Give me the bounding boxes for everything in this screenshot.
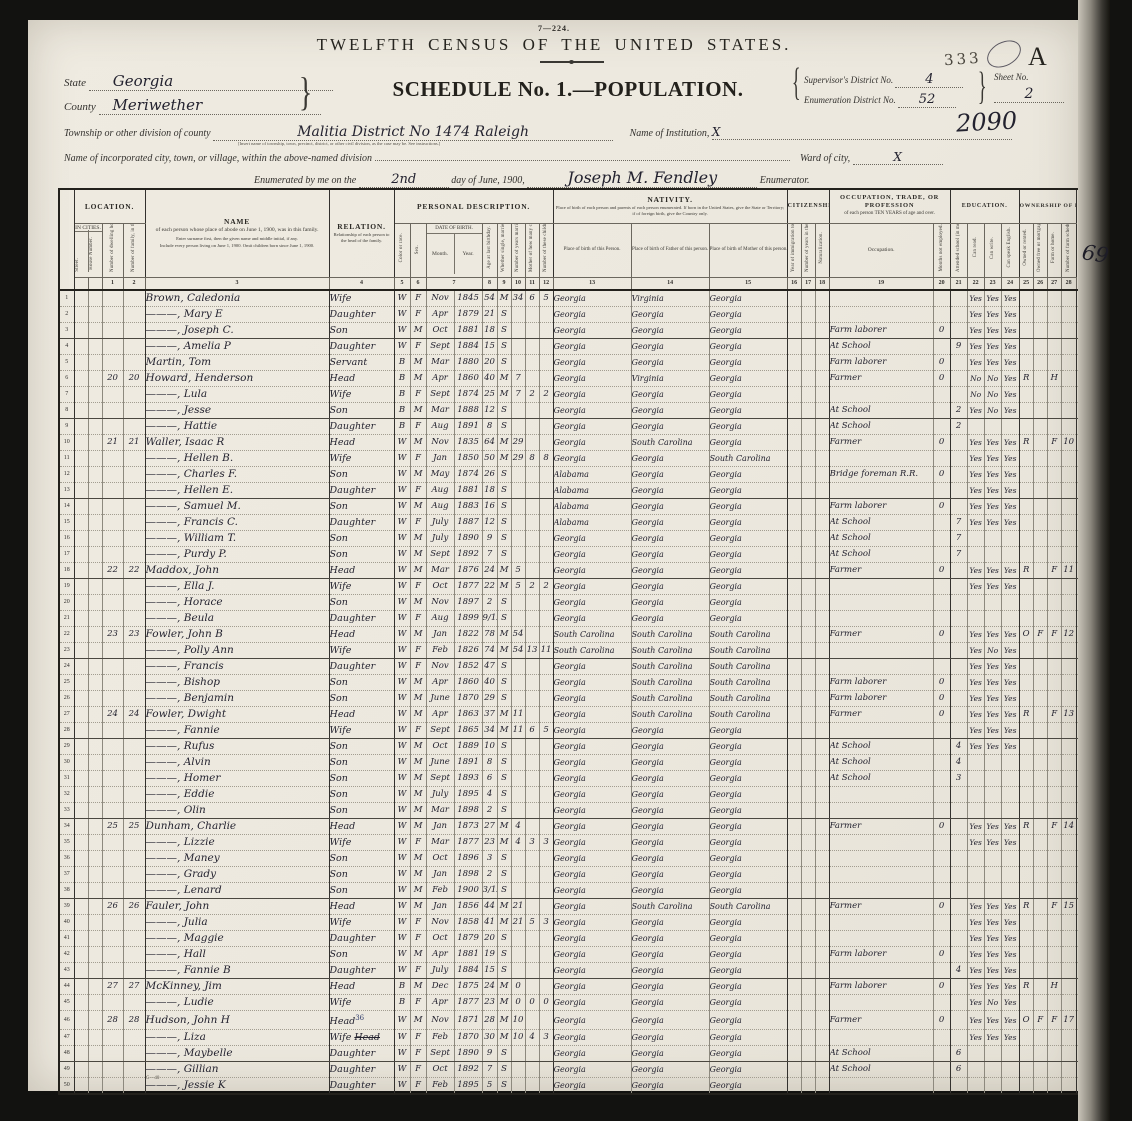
age: 3	[482, 851, 497, 867]
months-not-employed	[933, 1062, 950, 1078]
birthplace: Georgia	[553, 451, 631, 467]
birth-month: Sept	[426, 339, 454, 355]
person-name: McKinney, Jim	[145, 979, 329, 995]
attended-school	[950, 707, 967, 723]
attended-school	[950, 787, 967, 803]
years-in-us	[801, 1046, 815, 1062]
relation: Daughter	[329, 419, 394, 435]
mother-of-children: 2	[525, 387, 539, 403]
mother-of-children	[525, 483, 539, 499]
occupation	[829, 1078, 933, 1095]
mother-birthplace: Georgia	[709, 339, 787, 355]
relation: Daughter	[329, 931, 394, 947]
marital-status: S	[497, 739, 511, 755]
sex: F	[410, 307, 426, 323]
mother-of-children: 5	[525, 915, 539, 931]
can-write	[984, 1078, 1001, 1095]
home-owned-rented	[1019, 675, 1033, 691]
home-owned-rented: R	[1019, 819, 1033, 835]
birth-year: 1896	[454, 851, 482, 867]
line-number-left: 29	[59, 739, 74, 755]
birth-month: Aug	[426, 483, 454, 499]
can-read	[967, 1062, 984, 1078]
age: 22	[482, 579, 497, 595]
marital-status: S	[497, 771, 511, 787]
birth-year: 1874	[454, 467, 482, 483]
farm-or-home	[1047, 787, 1061, 803]
farm-or-home: H	[1047, 979, 1061, 995]
marital-status: M	[497, 995, 511, 1011]
can-speak-english: Yes	[1001, 931, 1019, 947]
birthplace: Alabama	[553, 499, 631, 515]
col-children-living: Number of these children living.	[539, 223, 553, 277]
house-number-cell	[88, 323, 102, 339]
line-number-left: 7	[59, 387, 74, 403]
table-row: 11———, Hellen B.WifeWFJan185050M2988Geor…	[59, 451, 1091, 467]
years-married	[511, 595, 525, 611]
family-number	[123, 451, 145, 467]
birth-month: Oct	[426, 579, 454, 595]
naturalization	[815, 931, 829, 947]
line-number-left: 37	[59, 867, 74, 883]
can-speak-english: Yes	[1001, 307, 1019, 323]
birth-year: 1871	[454, 1011, 482, 1030]
years-married	[511, 547, 525, 563]
birth-year: 1870	[454, 691, 482, 707]
age: 10	[482, 739, 497, 755]
naturalization	[815, 659, 829, 675]
home-owned-rented	[1019, 339, 1033, 355]
years-in-us	[801, 483, 815, 499]
occupation: Farmer	[829, 371, 933, 387]
attended-school	[950, 995, 967, 1011]
immigration-year	[787, 435, 801, 451]
column-number: 8	[482, 277, 497, 290]
marital-status: S	[497, 659, 511, 675]
can-read: Yes	[967, 515, 984, 531]
home-free-mortgaged	[1033, 1046, 1047, 1062]
can-write: Yes	[984, 499, 1001, 515]
immigration-year	[787, 771, 801, 787]
farm-or-home	[1047, 835, 1061, 851]
home-free-mortgaged	[1033, 419, 1047, 435]
color-race: W	[394, 611, 410, 627]
color-race: B	[394, 995, 410, 1011]
family-number	[123, 963, 145, 979]
marital-status: M	[497, 979, 511, 995]
street-cell	[74, 371, 88, 387]
relation: Son	[329, 595, 394, 611]
immigration-year	[787, 563, 801, 579]
mother-of-children	[525, 1011, 539, 1030]
line-number-left: 6	[59, 371, 74, 387]
years-in-us	[801, 515, 815, 531]
occupation: At School	[829, 515, 933, 531]
can-speak-english	[1001, 419, 1019, 435]
marital-status: S	[497, 531, 511, 547]
birthplace: Georgia	[553, 899, 631, 915]
name-desc-1: of each person whose place of abode on J…	[146, 226, 329, 235]
relation: Wife	[329, 387, 394, 403]
line-number-left: 41	[59, 931, 74, 947]
sex: M	[410, 323, 426, 339]
state-value: Georgia	[113, 72, 173, 90]
naturalization	[815, 691, 829, 707]
children-living	[539, 435, 553, 451]
mother-birthplace: Georgia	[709, 1062, 787, 1078]
immigration-year	[787, 627, 801, 643]
can-read	[967, 419, 984, 435]
mother-birthplace: Georgia	[709, 531, 787, 547]
home-free-mortgaged	[1033, 547, 1047, 563]
father-birthplace: Georgia	[631, 867, 709, 883]
col-years-in-us: Number of years in the United States.	[801, 223, 815, 277]
mother-birthplace: Georgia	[709, 387, 787, 403]
column-number: 15	[709, 277, 787, 290]
occupation: At School	[829, 1062, 933, 1078]
county-line: County Meriwether	[64, 96, 321, 115]
color-race: W	[394, 835, 410, 851]
marital-status: M	[497, 371, 511, 387]
col-farm-home: Farm or home.	[1047, 223, 1061, 277]
group-occupation: OCCUPATION, TRADE, OR PROFESSION of each…	[829, 189, 950, 223]
home-free-mortgaged	[1033, 1078, 1047, 1095]
can-speak-english	[1001, 867, 1019, 883]
col-months-not-employed: Months not employed.	[933, 223, 950, 277]
occupation: At School	[829, 531, 933, 547]
can-write: Yes	[984, 979, 1001, 995]
farm-or-home	[1047, 1046, 1061, 1062]
birth-year: 1877	[454, 579, 482, 595]
birth-year: 1858	[454, 915, 482, 931]
relation: Head	[329, 819, 394, 835]
children-living: 2	[539, 387, 553, 403]
children-living	[539, 323, 553, 339]
table-row: 14———, Samuel M.SonWMAug188316SAlabamaGe…	[59, 499, 1091, 515]
person-name: ———, Ludie	[145, 995, 329, 1011]
can-speak-english	[1001, 1078, 1019, 1095]
age: 21	[482, 307, 497, 323]
years-in-us	[801, 787, 815, 803]
years-married	[511, 611, 525, 627]
can-write	[984, 755, 1001, 771]
home-owned-rented: R	[1019, 563, 1033, 579]
years-in-us	[801, 579, 815, 595]
color-race: W	[394, 771, 410, 787]
age: 25	[482, 387, 497, 403]
birthplace: Georgia	[553, 803, 631, 819]
birthplace: Georgia	[553, 771, 631, 787]
marital-status: M	[497, 579, 511, 595]
attended-school	[950, 931, 967, 947]
birth-year: 1877	[454, 995, 482, 1011]
mother-birthplace: South Carolina	[709, 707, 787, 723]
sheet-letter: A	[1028, 42, 1047, 72]
dwelling-number	[102, 290, 123, 307]
children-living	[539, 563, 553, 579]
years-in-us	[801, 627, 815, 643]
farm-or-home	[1047, 851, 1061, 867]
home-free-mortgaged	[1033, 531, 1047, 547]
can-speak-english: Yes	[1001, 643, 1019, 659]
immigration-year	[787, 1011, 801, 1030]
relation: Servant	[329, 355, 394, 371]
person-name: ———, Mary E	[145, 307, 329, 323]
person-name: ———, Jessie K	[145, 1078, 329, 1095]
family-number	[123, 515, 145, 531]
birth-month: Mar	[426, 563, 454, 579]
house-number-cell	[88, 290, 102, 307]
mother-of-children	[525, 403, 539, 419]
children-living	[539, 371, 553, 387]
can-read: Yes	[967, 931, 984, 947]
home-owned-rented	[1019, 419, 1033, 435]
col-birth-month: Month.	[427, 251, 454, 257]
birth-month: Feb	[426, 883, 454, 899]
street-cell	[74, 499, 88, 515]
occupation: Farmer	[829, 563, 933, 579]
farm-or-home	[1047, 451, 1061, 467]
months-not-employed: 0	[933, 499, 950, 515]
birth-year: 1881	[454, 483, 482, 499]
immigration-year	[787, 899, 801, 915]
can-read: Yes	[967, 563, 984, 579]
can-speak-english	[1001, 883, 1019, 899]
children-living	[539, 675, 553, 691]
line-number-left: 4	[59, 339, 74, 355]
mother-of-children	[525, 787, 539, 803]
children-living: 5	[539, 723, 553, 739]
person-name: ———, Eddie	[145, 787, 329, 803]
street-cell	[74, 675, 88, 691]
immigration-year	[787, 323, 801, 339]
attended-school: 4	[950, 739, 967, 755]
home-owned-rented	[1019, 851, 1033, 867]
farm-schedule-number	[1061, 787, 1076, 803]
house-number-cell	[88, 419, 102, 435]
naturalization	[815, 307, 829, 323]
naturalization	[815, 515, 829, 531]
years-in-us	[801, 355, 815, 371]
can-write: Yes	[984, 1011, 1001, 1030]
marital-status: S	[497, 419, 511, 435]
dwelling-number	[102, 451, 123, 467]
age: 8	[482, 755, 497, 771]
can-speak-english: Yes	[1001, 627, 1019, 643]
line-number-left: 38	[59, 883, 74, 899]
attended-school	[950, 355, 967, 371]
relation: Daughter	[329, 963, 394, 979]
children-living: 11	[539, 643, 553, 659]
years-in-us	[801, 531, 815, 547]
mother-of-children: 8	[525, 451, 539, 467]
mother-of-children	[525, 499, 539, 515]
age: 2	[482, 867, 497, 883]
can-read: Yes	[967, 675, 984, 691]
dwelling-number	[102, 755, 123, 771]
mother-of-children: 0	[525, 995, 539, 1011]
birth-year: 1895	[454, 1078, 482, 1095]
color-race: W	[394, 339, 410, 355]
months-not-employed: 0	[933, 323, 950, 339]
naturalization	[815, 323, 829, 339]
can-speak-english	[1001, 851, 1019, 867]
birth-year: 1883	[454, 499, 482, 515]
birthplace: Georgia	[553, 339, 631, 355]
group-name: NAME of each person whose place of abode…	[145, 189, 329, 277]
age: 24	[482, 563, 497, 579]
birthplace: Georgia	[553, 739, 631, 755]
marital-status: S	[497, 547, 511, 563]
immigration-year	[787, 947, 801, 963]
mother-of-children: 6	[525, 723, 539, 739]
relation: Wife	[329, 643, 394, 659]
can-read	[967, 867, 984, 883]
house-number-cell	[88, 1046, 102, 1062]
column-number: 4	[329, 277, 394, 290]
children-living	[539, 547, 553, 563]
color-race: W	[394, 1046, 410, 1062]
table-row: 36———, ManeySonWMOct18963SGeorgiaGeorgia…	[59, 851, 1091, 867]
can-read: Yes	[967, 979, 984, 995]
person-name: ———, Amelia P	[145, 339, 329, 355]
farm-schedule-number	[1061, 883, 1076, 899]
mother-birthplace: Georgia	[709, 867, 787, 883]
birth-year: 1835	[454, 435, 482, 451]
years-married	[511, 883, 525, 899]
age: 30	[482, 1030, 497, 1046]
relation: Son	[329, 323, 394, 339]
farm-schedule-number: 15	[1061, 899, 1076, 915]
can-speak-english	[1001, 1062, 1019, 1078]
dwelling-number	[102, 339, 123, 355]
years-in-us	[801, 659, 815, 675]
children-living	[539, 979, 553, 995]
sex: F	[410, 643, 426, 659]
color-race: W	[394, 675, 410, 691]
immigration-year	[787, 515, 801, 531]
sex: M	[410, 499, 426, 515]
birth-month: Nov	[426, 659, 454, 675]
person-name: Fowler, Dwight	[145, 707, 329, 723]
age: 37	[482, 707, 497, 723]
sex: F	[410, 1046, 426, 1062]
line-number-left: 47	[59, 1030, 74, 1046]
line-number-left: 18	[59, 563, 74, 579]
naturalization	[815, 851, 829, 867]
person-name: ———, Jesse	[145, 403, 329, 419]
sex: F	[410, 659, 426, 675]
months-not-employed: 0	[933, 563, 950, 579]
occupation: Farm laborer	[829, 355, 933, 371]
months-not-employed	[933, 1078, 950, 1095]
color-race: W	[394, 531, 410, 547]
can-speak-english: Yes	[1001, 675, 1019, 691]
color-race: W	[394, 1062, 410, 1078]
mother-of-children: 2	[525, 579, 539, 595]
farm-or-home: F	[1047, 819, 1061, 835]
table-row: 182222Maddox, JohnHeadWMMar187624M5Georg…	[59, 563, 1091, 579]
group-nativity: NATIVITY. Place of birth of each person …	[553, 189, 787, 223]
can-speak-english: Yes	[1001, 915, 1019, 931]
family-number	[123, 499, 145, 515]
farm-schedule-number	[1061, 451, 1076, 467]
farm-schedule-number	[1061, 675, 1076, 691]
street-cell	[74, 339, 88, 355]
person-name: ———, Olin	[145, 803, 329, 819]
farm-schedule-number	[1061, 803, 1076, 819]
occupation	[829, 851, 933, 867]
street-cell	[74, 323, 88, 339]
birth-year: 1879	[454, 307, 482, 323]
street-cell	[74, 755, 88, 771]
birthplace: Georgia	[553, 563, 631, 579]
farm-schedule-number	[1061, 547, 1076, 563]
can-speak-english: Yes	[1001, 739, 1019, 755]
birth-month: Oct	[426, 851, 454, 867]
home-free-mortgaged	[1033, 851, 1047, 867]
months-not-employed	[933, 1046, 950, 1062]
line-number-left: 16	[59, 531, 74, 547]
mother-of-children	[525, 339, 539, 355]
sex: F	[410, 515, 426, 531]
children-living	[539, 419, 553, 435]
children-living	[539, 499, 553, 515]
farm-or-home	[1047, 579, 1061, 595]
attended-school	[950, 819, 967, 835]
street-cell	[74, 419, 88, 435]
street-cell	[74, 915, 88, 931]
birthplace: South Carolina	[553, 643, 631, 659]
sex: M	[410, 675, 426, 691]
table-row: 24———, FrancisDaughterWFNov185247SGeorgi…	[59, 659, 1091, 675]
attended-school	[950, 915, 967, 931]
sex: M	[410, 771, 426, 787]
months-not-employed	[933, 290, 950, 307]
naturalization	[815, 499, 829, 515]
can-speak-english: Yes	[1001, 355, 1019, 371]
home-owned-rented: R	[1019, 371, 1033, 387]
can-read	[967, 851, 984, 867]
farm-schedule-number	[1061, 467, 1076, 483]
line-number-left: 21	[59, 611, 74, 627]
sex: M	[410, 851, 426, 867]
table-row: 16———, William T.SonWMJuly18909SGeorgiaG…	[59, 531, 1091, 547]
relation-desc: Relationship of each person to the head …	[330, 231, 394, 244]
dwelling-number: 24	[102, 707, 123, 723]
col-immigration-year: Year of immigration to the United States…	[787, 223, 801, 277]
relation: Wife	[329, 995, 394, 1011]
farm-or-home	[1047, 339, 1061, 355]
birth-year: 1870	[454, 1030, 482, 1046]
marital-status: S	[497, 755, 511, 771]
age: 19	[482, 947, 497, 963]
marital-status: S	[497, 499, 511, 515]
house-number-cell	[88, 643, 102, 659]
mother-of-children: 13	[525, 643, 539, 659]
naturalization	[815, 1062, 829, 1078]
marital-status: M	[497, 835, 511, 851]
home-free-mortgaged	[1033, 787, 1047, 803]
father-birthplace: Georgia	[631, 979, 709, 995]
age: 20	[482, 931, 497, 947]
dwelling-number: 20	[102, 371, 123, 387]
father-birthplace: Georgia	[631, 355, 709, 371]
years-in-us	[801, 723, 815, 739]
color-race: W	[394, 803, 410, 819]
farm-or-home	[1047, 691, 1061, 707]
immigration-year	[787, 675, 801, 691]
